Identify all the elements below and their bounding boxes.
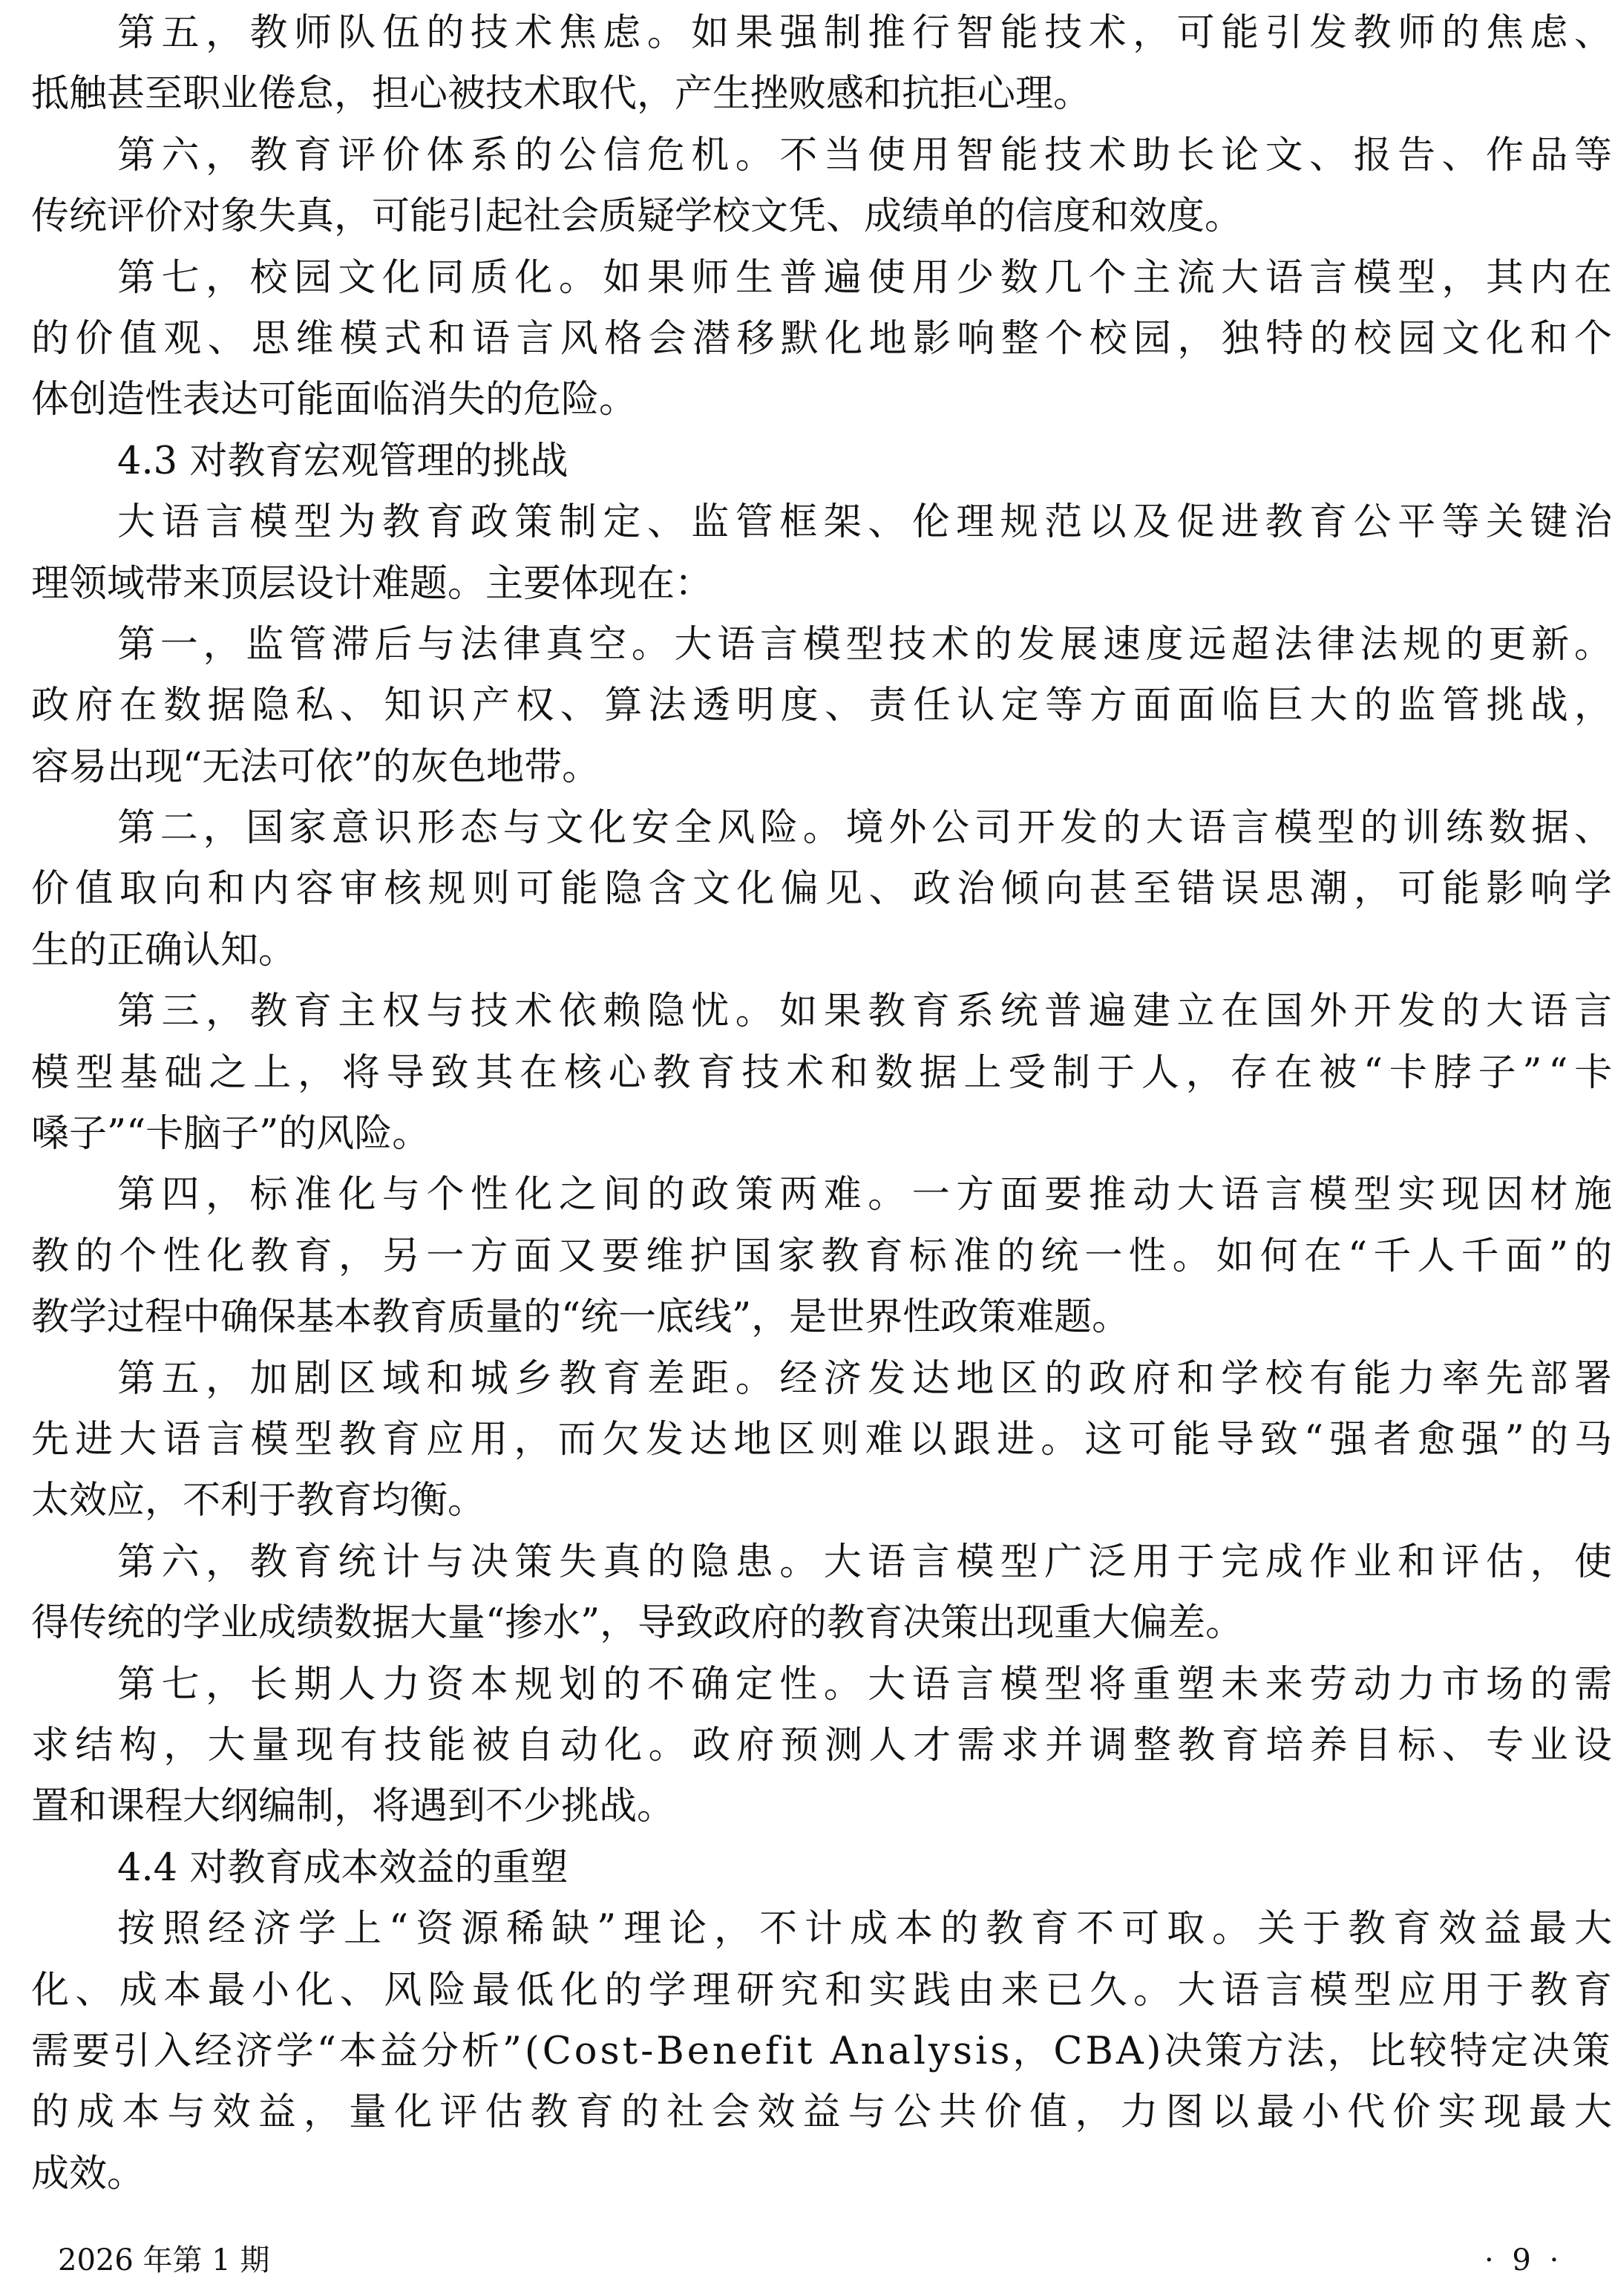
paragraph: 第三，教育主权与技术依赖隐忧。如果教育系统普遍建立在国外开发的大语言模型基础之上…	[31, 981, 1612, 1165]
text-line: 教的个性化教育，另一方面又要维护国家教育标准的统一性。如何在“千人千面”的	[31, 1226, 1612, 1287]
text-line: 第七，长期人力资本规划的不确定性。大语言模型将重塑未来劳动力市场的需	[31, 1655, 1612, 1716]
text-line: 的成本与效益，量化评估教育的社会效益与公共价值，力图以最小代价实现最大	[31, 2082, 1612, 2143]
text-line: 第一，监管滞后与法律真空。大语言模型技术的发展速度远超法律法规的更新。	[31, 615, 1612, 676]
text-line: 生的正确认知。	[31, 920, 1612, 981]
text-line: 第六，教育统计与决策失真的隐患。大语言模型广泛用于完成作业和评估，使	[31, 1532, 1612, 1593]
text-line: 化、成本最小化、风险最低化的学理研究和实践由来已久。大语言模型应用于教育	[31, 1960, 1612, 2021]
paragraph: 第七，长期人力资本规划的不确定性。大语言模型将重塑未来劳动力市场的需求结构，大量…	[31, 1655, 1612, 1838]
text-line: 第五，加剧区域和城乡教育差距。经济发达地区的政府和学校有能力率先部署	[31, 1349, 1612, 1410]
text-line: 需要引入经济学“本益分析”(Cost-Benefit Analysis，CBA)…	[31, 2021, 1612, 2082]
text-line: 教学过程中确保基本教育质量的“统一底线”，是世界性政策难题。	[31, 1287, 1612, 1348]
paragraph: 第五，教师队伍的技术焦虑。如果强制推行智能技术，可能引发教师的焦虑、抵触甚至职业…	[31, 3, 1612, 125]
text-line: 成效。	[31, 2144, 1612, 2205]
text-line: 太效应，不利于教育均衡。	[31, 1471, 1612, 1531]
paragraph: 第七，校园文化同质化。如果师生普遍使用少数几个主流大语言模型，其内在的价值观、思…	[31, 248, 1612, 431]
text-line: 第三，教育主权与技术依赖隐忧。如果教育系统普遍建立在国外开发的大语言	[31, 981, 1612, 1042]
text-line: 容易出现“无法可依”的灰色地带。	[31, 737, 1612, 798]
text-line: 先进大语言模型教育应用，而欠发达地区则难以跟进。这可能导致“强者愈强”的马	[31, 1410, 1612, 1471]
section-heading: 4.3 对教育宏观管理的挑战	[31, 431, 1612, 492]
document-body: 第五，教师队伍的技术焦虑。如果强制推行智能技术，可能引发教师的焦虑、抵触甚至职业…	[31, 3, 1612, 2205]
text-line: 第七，校园文化同质化。如果师生普遍使用少数几个主流大语言模型，其内在	[31, 248, 1612, 309]
text-line: 置和课程大纲编制，将遇到不少挑战。	[31, 1776, 1612, 1837]
text-line: 求结构，大量现有技能被自动化。政府预测人才需求并调整教育培养目标、专业设	[31, 1716, 1612, 1776]
text-line: 理领域带来顶层设计难题。主要体现在：	[31, 554, 1612, 615]
section-heading: 4.4 对教育成本效益的重塑	[31, 1838, 1612, 1899]
text-line: 第六，教育评价体系的公信危机。不当使用智能技术助长论文、报告、作品等	[31, 125, 1612, 186]
heading-text: 4.3 对教育宏观管理的挑战	[31, 431, 1612, 492]
paragraph: 第五，加剧区域和城乡教育差距。经济发达地区的政府和学校有能力率先部署先进大语言模…	[31, 1349, 1612, 1532]
text-line: 抵触甚至职业倦怠，担心被技术取代，产生挫败感和抗拒心理。	[31, 64, 1612, 125]
paragraph: 第六，教育评价体系的公信危机。不当使用智能技术助长论文、报告、作品等传统评价对象…	[31, 125, 1612, 248]
text-line: 传统评价对象失真，可能引起社会质疑学校文凭、成绩单的信度和效度。	[31, 186, 1612, 247]
text-line: 按照经济学上“资源稀缺”理论，不计成本的教育不可取。关于教育效益最大	[31, 1899, 1612, 1960]
paragraph: 第二，国家意识形态与文化安全风险。境外公司开发的大语言模型的训练数据、价值取向和…	[31, 798, 1612, 981]
text-line: 得传统的学业成绩数据大量“掺水”，导致政府的教育决策出现重大偏差。	[31, 1593, 1612, 1654]
text-line: 第二，国家意识形态与文化安全风险。境外公司开发的大语言模型的训练数据、	[31, 798, 1612, 859]
text-line: 的价值观、思维模式和语言风格会潜移默化地影响整个校园，独特的校园文化和个	[31, 309, 1612, 370]
text-line: 政府在数据隐私、知识产权、算法透明度、责任认定等方面面临巨大的监管挑战，	[31, 676, 1612, 736]
text-line: 体创造性表达可能面临消失的危险。	[31, 370, 1612, 431]
journal-issue-label: 2026 年第 1 期	[58, 2242, 269, 2279]
text-line: 价值取向和内容审核规则可能隐含文化偏见、政治倾向甚至错误思潮，可能影响学	[31, 859, 1612, 920]
heading-text: 4.4 对教育成本效益的重塑	[31, 1838, 1612, 1899]
paragraph: 大语言模型为教育政策制定、监管框架、伦理规范以及促进教育公平等关键治理领域带来顶…	[31, 492, 1612, 615]
paragraph: 第一，监管滞后与法律真空。大语言模型技术的发展速度远超法律法规的更新。政府在数据…	[31, 615, 1612, 798]
paragraph: 按照经济学上“资源稀缺”理论，不计成本的教育不可取。关于教育效益最大化、成本最小…	[31, 1899, 1612, 2205]
text-line: 嗓子”“卡脑子”的风险。	[31, 1104, 1612, 1165]
text-line: 模型基础之上，将导致其在核心教育技术和数据上受制于人，存在被“卡脖子”“卡	[31, 1043, 1612, 1104]
paragraph: 第六，教育统计与决策失真的隐患。大语言模型广泛用于完成作业和评估，使得传统的学业…	[31, 1532, 1612, 1655]
text-line: 大语言模型为教育政策制定、监管框架、伦理规范以及促进教育公平等关键治	[31, 492, 1612, 553]
page-number: · 9 ·	[1484, 2242, 1563, 2279]
text-line: 第五，教师队伍的技术焦虑。如果强制推行智能技术，可能引发教师的焦虑、	[31, 3, 1612, 64]
text-line: 第四，标准化与个性化之间的政策两难。一方面要推动大语言模型实现因材施	[31, 1165, 1612, 1226]
paragraph: 第四，标准化与个性化之间的政策两难。一方面要推动大语言模型实现因材施教的个性化教…	[31, 1165, 1612, 1348]
